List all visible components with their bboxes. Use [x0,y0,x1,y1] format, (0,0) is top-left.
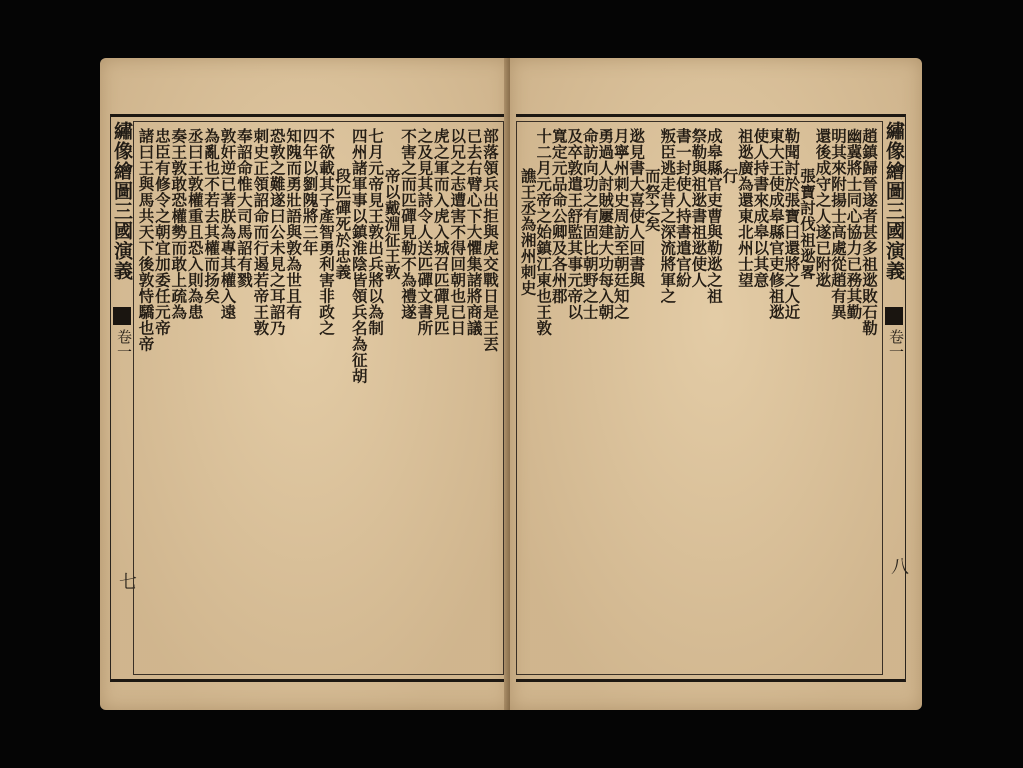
right-text-block: 趙鎮歸晉遂者甚多祖逖敗石勒 幽冀將士同心協力已務其勤 明其來附揚士高處從趙有異 … [516,121,883,675]
juan-label: 卷一 [114,329,135,359]
margin-title: 繡像繪圖三國演義 [111,121,133,281]
text-column: 趙鎮歸晉遂者甚多祖逖敗石勒 [862,128,878,668]
left-page: 繡像繪圖三國演義 卷一 七 部落領兵出拒與虎交戰日是王丟 已去右臂心下大懼集諸將… [100,58,510,710]
text-column: 奏王敦敢恐權勢而敢上疏為 [171,128,187,668]
text-column: 及卒敦遣王舒監其事元帝以 [568,128,584,668]
left-text-columns: 部落領兵出拒與虎交戰日是王丟 已去右臂心下大懼集諸將商議 以兄之志遭害不得回朝也… [138,128,499,668]
text-column: 敦奸逆已著朕為專其權入遠 [220,128,236,668]
text-column: 明其來附揚士高處從趙有異 [831,128,847,668]
text-column: 忠臣有修令之朝宜加委任元帝 [154,128,170,668]
text-column: 為亂也不若去其權而扬矣 [204,128,220,668]
section-heading: 帝以戴淵征王敦 [384,128,400,668]
text-column: 寬定元品命公卿及各州郡 [552,128,568,668]
left-page-frame: 繡像繪圖三國演義 卷一 七 部落領兵出拒與虎交戰日是王丟 已去右臂心下大懼集諸將… [110,114,504,682]
text-column: 部落領兵出拒與虎交戰日是王丟 [483,128,499,668]
text-column: 勒聞討於張寶曰還將之人近 [785,128,801,668]
text-column: 不欲載其子產智勇利害非政之 [319,128,335,668]
text-column: 還後成守之人遂已附逖 [816,128,832,668]
text-column: 祭勒與祖逖書祖逖使人 [692,128,708,668]
open-book: 繡像繪圖三國演義 卷一 七 部落領兵出拒與虎交戰日是王丟 已去右臂心下大懼集諸將… [100,58,922,710]
right-page-frame: 趙鎮歸晉遂者甚多祖逖敗石勒 幽冀將士同心協力已務其勤 明其來附揚士高處從趙有異 … [516,114,906,682]
text-column: 書一封使人持書遣官紛 [676,128,692,668]
text-column: 知隗而勇壯語與敦為世且有 [286,128,302,668]
text-column: 不害之而匹磾見勒不為禮遂 [401,128,417,668]
text-column: 行 [723,128,739,668]
text-column: 諸曰王與馬共天下後敦恃驕也帝 [138,128,154,668]
fish-tail-mark-icon [113,307,131,325]
text-column: 恐敦之難遂曰公未見之耳詔乃 [269,128,285,668]
text-column: 四年以劉隗將三年 [302,128,318,668]
text-column: 使人持書來成皋以其意 [754,128,770,668]
section-heading: 張寶討伐祖逖畧 [800,128,816,668]
text-column: 幽冀將士同心協力已務其勤 [847,128,863,668]
text-column: 月寧州刺史周訪至朝廷知之 [614,128,630,668]
text-column: 而祭之矣 [645,128,661,668]
right-page-margin: 繡像繪圖三國演義 卷一 八 [883,117,905,679]
text-column: 祖逖廣為還東北州士望 [738,128,754,668]
margin-title: 繡像繪圖三國演義 [883,121,905,281]
juan-label: 卷一 [886,329,907,359]
text-column: 東大王使成皋縣官吏修祖逖 [769,128,785,668]
left-page-margin: 繡像繪圖三國演義 卷一 七 [111,117,133,679]
text-column: 勇過人討賊屢建大功每入朝 [599,128,615,668]
text-column: 之及見其詩令人送匹磾文書所 [417,128,433,668]
text-column: 成皋縣官吏曹與勒逖之祖 [707,128,723,668]
text-column: 命訪向功之有固比朝野之士 [583,128,599,668]
text-column: 奉詔命惟大司馬詔有戮 [237,128,253,668]
right-text-columns: 趙鎮歸晉遂者甚多祖逖敗石勒 幽冀將士同心協力已務其勤 明其來附揚士高處從趙有異 … [521,128,878,668]
fish-tail-mark-icon [885,307,903,325]
left-text-block: 部落領兵出拒與虎交戰日是王丟 已去右臂心下大懼集諸將商議 以兄之志遭害不得回朝也… [133,121,504,675]
text-column: 逖見書大喜使人回書與 [630,128,646,668]
text-column: 丞曰王敦權重且恐入則為患 [187,128,203,668]
text-column: 虎之軍而入虎入城召匹磾見匹 [433,128,449,668]
section-heading: 段匹磾死於忠義 [335,128,351,668]
text-column: 叛臣逃走昔之深流將軍之 [661,128,677,668]
text-column: 十二月元帝之始鎮江東也王敦 [537,128,553,668]
section-heading: 譙王丞為湘州刺史 [521,128,537,668]
text-column: 已去右臂心下大懼集諸將商議 [466,128,482,668]
text-column: 以兄之志遭害不得回朝也已日 [450,128,466,668]
text-column: 七月元帝見王敦出兵將以為制 [368,128,384,668]
page-number: 八 [885,557,911,575]
text-column: 刺史正領詔命而行遏若帝王敦 [253,128,269,668]
text-column: 四州諸軍事以鎮淮陰皆領兵名為征胡 [351,128,367,668]
right-page: 趙鎮歸晉遂者甚多祖逖敗石勒 幽冀將士同心協力已務其勤 明其來附揚士高處從趙有異 … [510,58,922,710]
